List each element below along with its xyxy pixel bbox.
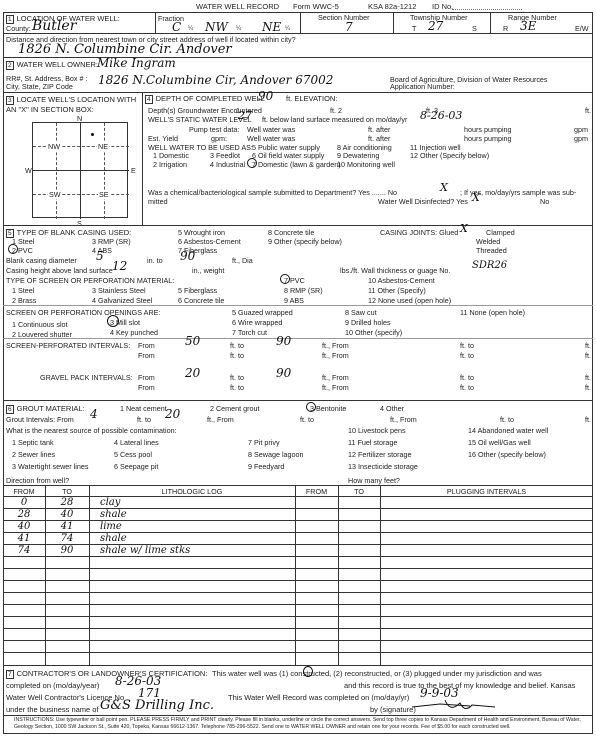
- wall-thickness[interactable]: SDR26: [472, 260, 507, 271]
- casing-selected-circle: [8, 244, 18, 254]
- quadrant-nw: NW: [47, 142, 61, 151]
- gravel-label: GRAVEL PACK INTERVALS:: [40, 373, 133, 382]
- well-location-mark: [91, 133, 94, 136]
- log-row-2-to[interactable]: 40: [45, 509, 89, 520]
- disinfected-label: Water Well Disinfected? Yes: [378, 197, 468, 206]
- log-row-1-to[interactable]: 28: [45, 497, 89, 508]
- log-row-2-desc[interactable]: shale: [100, 509, 127, 520]
- casing-height-label: Casing height above land surface: [6, 266, 113, 275]
- fraction-1[interactable]: C: [172, 20, 181, 34]
- joints-glued[interactable]: X: [460, 222, 468, 235]
- log-row-4-to[interactable]: 74: [45, 533, 89, 544]
- fraction-2[interactable]: NW: [205, 20, 228, 34]
- quadrant-se: SE: [98, 190, 110, 199]
- ksa-ref: KSA 82a-1212: [368, 2, 416, 11]
- section6-heading: 6GROUT MATERIAL:: [6, 404, 85, 414]
- log-row-4-from[interactable]: 41: [3, 533, 45, 544]
- compass-n: N: [77, 114, 82, 123]
- casing-joints-label: CASING JOINTS: Glued: [380, 228, 458, 237]
- business-name[interactable]: G&S Drilling Inc.: [100, 698, 214, 713]
- use-domestic-lawn[interactable]: 7 Domestic (lawn & garden): [252, 160, 341, 169]
- log-row-3-to[interactable]: 41: [45, 521, 89, 532]
- direction-label: Direction from well?: [6, 476, 69, 485]
- use-selected-circle: [247, 158, 257, 168]
- signature-scribble[interactable]: [410, 697, 500, 715]
- application-label: Application Number:: [390, 82, 455, 91]
- log-row-3-from[interactable]: 40: [3, 521, 45, 532]
- id-label: ID No.: [432, 2, 453, 11]
- static-level-label: WELL'S STATIC WATER LEVEL: [148, 115, 252, 124]
- screen-from[interactable]: 50: [185, 334, 200, 348]
- cert-text: This water well was (1) constructed, (2)…: [212, 669, 542, 678]
- screen-material-label: TYPE OF SCREEN OR PERFORATION MATERIAL:: [6, 276, 174, 285]
- grout-from[interactable]: 4: [90, 407, 98, 421]
- gravel-to[interactable]: 90: [276, 366, 291, 380]
- grout-to[interactable]: 20: [165, 407, 180, 421]
- blank-dia[interactable]: 5: [96, 249, 104, 263]
- fraction-3[interactable]: NE: [262, 20, 281, 34]
- log-row-5-from[interactable]: 74: [3, 545, 45, 556]
- opening-selected-circle: [107, 315, 119, 327]
- business-label: under the business name of: [6, 705, 99, 714]
- section3-heading: 3LOCATE WELL'S LOCATION WITH AN "X" IN S…: [6, 95, 141, 114]
- static-level[interactable]: 27: [238, 109, 252, 122]
- section4-heading: 4DEPTH OF COMPLETED WELL: [145, 94, 265, 104]
- section7-heading: 7CONTRACTOR'S OR LANDOWNER'S CERTIFICATI…: [6, 669, 207, 679]
- section-number-label: Section Number: [318, 13, 370, 22]
- openings-label: SCREEN OR PERFORATION OPENINGS ARE:: [6, 308, 160, 317]
- id-field[interactable]: [452, 4, 522, 10]
- how-many-feet-label: How many feet?: [348, 476, 400, 485]
- blank-dia-label: Blank casing diameter: [6, 256, 77, 265]
- grout-selected-circle: [306, 402, 316, 412]
- gravel-from[interactable]: 20: [185, 366, 200, 380]
- log-row-1-from[interactable]: 0: [3, 497, 45, 508]
- form-number: Form WWC-5: [293, 2, 339, 11]
- screen-selected-circle: [280, 274, 290, 284]
- owner-name[interactable]: Mike Ingram: [97, 56, 176, 70]
- sample-question: Was a chemical/bacteriological sample su…: [148, 188, 397, 197]
- form-title: WATER WELL RECORD: [196, 2, 279, 11]
- city-label: City, State, ZIP Code: [6, 82, 73, 91]
- casing-height[interactable]: 12: [112, 259, 127, 273]
- contamination-label: What is the nearest source of possible c…: [6, 426, 177, 435]
- blank-to[interactable]: 90: [180, 249, 195, 263]
- log-row-5-to[interactable]: 90: [45, 545, 89, 556]
- range-number[interactable]: 3E: [520, 19, 536, 33]
- quadrant-ne: NE: [97, 142, 109, 151]
- distance-value[interactable]: 1826 N. Columbine Cir. Andover: [18, 42, 232, 57]
- static-date[interactable]: 8-26-03: [420, 109, 462, 122]
- signature-label: by (signature): [370, 705, 416, 714]
- log-row-5-desc[interactable]: shale w/ lime stks: [100, 545, 190, 556]
- log-row-1-desc[interactable]: clay: [100, 497, 120, 508]
- compass-w: W: [25, 166, 32, 175]
- screen-to[interactable]: 90: [276, 334, 291, 348]
- sample-answer[interactable]: X: [440, 181, 448, 194]
- log-row-4-desc[interactable]: shale: [100, 533, 127, 544]
- section-box[interactable]: NW NE SW SE: [32, 122, 128, 218]
- compass-s: S: [77, 219, 82, 228]
- instructions-text: INSTRUCTIONS: Use typewriter or ball poi…: [14, 717, 584, 731]
- county-label: County:: [6, 24, 31, 33]
- compass-e: E: [131, 166, 136, 175]
- quadrant-sw: SW: [48, 190, 62, 199]
- county-value[interactable]: Butler: [32, 18, 76, 34]
- disinfected-answer[interactable]: X: [472, 191, 480, 204]
- cert-selected-circle: [303, 666, 313, 677]
- log-row-3-desc[interactable]: lime: [100, 521, 122, 532]
- section2-heading: 2WATER WELL OWNER:: [6, 60, 98, 70]
- screen-intervals-label: SCREEN-PERFORATED INTERVALS:: [6, 341, 130, 350]
- depth-value[interactable]: 90: [258, 89, 273, 103]
- completed-label: completed on (mo/day/year): [6, 681, 99, 690]
- section-number[interactable]: 7: [345, 20, 353, 34]
- grout-intervals-label: Grout Intervals:: [6, 415, 55, 424]
- township-number[interactable]: 27: [428, 19, 443, 33]
- log-row-2-from[interactable]: 28: [3, 509, 45, 520]
- owner-address[interactable]: 1826 N.Columbine Cir, Andover 67002: [98, 73, 333, 87]
